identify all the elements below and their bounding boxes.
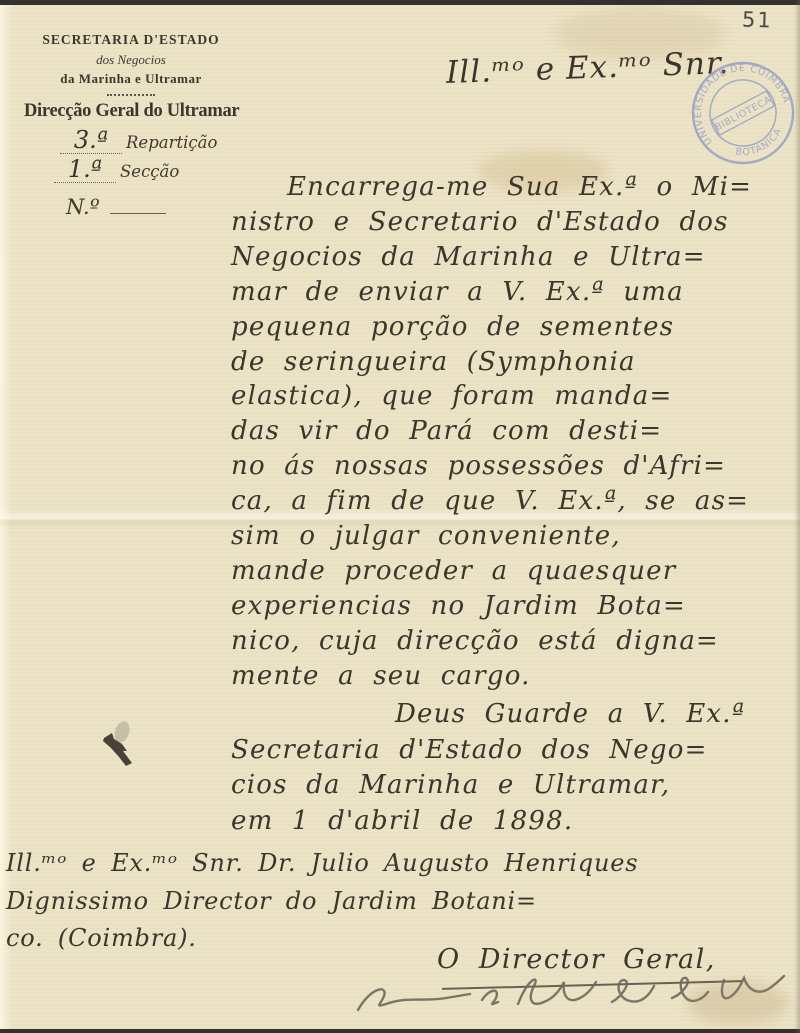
body-line: sim o julgar conveniente, xyxy=(231,519,796,554)
body-line: de seringueira (Symphonia xyxy=(231,345,796,380)
letterhead-subtitle-2: da Marinha e Ultramar xyxy=(24,71,238,87)
body-line: Secretaria d'Estado dos Nego= xyxy=(231,733,796,769)
seccao-handwritten-value: 1.ª xyxy=(54,156,116,183)
addressee-line: Dignissimo Director do Jardim Botani= xyxy=(6,883,666,921)
body-line: Encarrega-me Sua Ex.ª o Mi= xyxy=(231,170,796,205)
seccao-label: Secção xyxy=(120,162,179,181)
body-line: nistro e Secretario d'Estado dos xyxy=(231,205,796,240)
reparticao-label: Repartição xyxy=(126,133,217,152)
reparticao-row: 3.ªRepartição xyxy=(24,127,238,154)
body-line: das vir do Pará com desti= xyxy=(231,414,796,449)
body-line: ca, a fim de que V. Ex.ª, se as= xyxy=(231,484,796,519)
letterhead: SECRETARIA D'ESTADO dos Negocios da Mari… xyxy=(24,32,238,219)
body-line: nico, cuja direcção está digna= xyxy=(231,624,796,659)
reparticao-handwritten-value: 3.ª xyxy=(60,127,122,154)
body-line: elastica), que foram manda= xyxy=(231,379,796,414)
letterhead-title: SECRETARIA D'ESTADO xyxy=(24,32,238,48)
scan-top-edge xyxy=(0,0,800,5)
letterhead-subtitle-1: dos Negocios xyxy=(24,52,238,68)
body-line: mande proceder a quaesquer xyxy=(231,554,796,589)
dotted-rule xyxy=(107,94,155,96)
letter-body-paragraph-2: Deus Guarde a V. Ex.ª Secretaria d'Estad… xyxy=(231,697,796,839)
body-line: mente a seu cargo. xyxy=(231,659,796,694)
body-line: no ás nossas possessões d'Afri= xyxy=(231,449,796,484)
numero-label: N.º xyxy=(66,195,100,219)
addressee-line: Ill.ᵐᵒ e Ex.ᵐᵒ Snr. Dr. Julio Augusto He… xyxy=(6,845,666,883)
numero-row: N.º xyxy=(24,195,238,219)
body-line: pequena porção de sementes xyxy=(231,310,796,345)
letterhead-division: Direcção Geral do Ultramar xyxy=(24,101,238,122)
paper-stain xyxy=(688,982,788,1024)
archive-page-number: 51 xyxy=(742,7,774,32)
numero-blank-line xyxy=(110,198,166,214)
scan-bottom-edge xyxy=(0,1029,800,1033)
letter-body-paragraph-1: Encarrega-me Sua Ex.ª o Mi= nistro e Sec… xyxy=(231,170,796,694)
scan-right-edge xyxy=(794,0,800,1033)
body-line: em 1 d'abril de 1898. xyxy=(231,804,796,840)
seccao-row: 1.ªSecção xyxy=(24,156,238,183)
body-line: Negocios da Marinha e Ultra= xyxy=(231,240,796,275)
ink-blot xyxy=(92,718,150,780)
addressee-block: Ill.ᵐᵒ e Ex.ᵐᵒ Snr. Dr. Julio Augusto He… xyxy=(6,845,666,958)
body-line: Deus Guarde a V. Ex.ª xyxy=(231,697,796,733)
scanned-letter-page: SECRETARIA D'ESTADO dos Negocios da Mari… xyxy=(0,0,800,1033)
body-line: experiencias no Jardim Bota= xyxy=(231,589,796,624)
body-line: cios da Marinha e Ultramar, xyxy=(231,768,796,804)
library-stamp: UNIVERSIDADE DE COIMBRA · BOTANICA · BIB… xyxy=(686,56,800,170)
body-line: mar de enviar a V. Ex.ª uma xyxy=(231,275,796,310)
